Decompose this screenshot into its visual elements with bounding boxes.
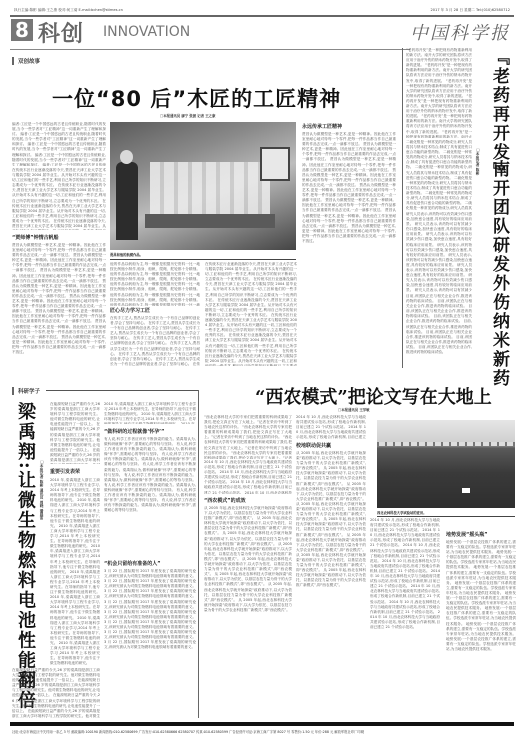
article1-body-p2: 在传统木匠行业逐渐没落的今天,贾昌在天津工业大学艺术与服装学院 2004 届毕业… <box>12 168 106 230</box>
article3-byline: □本报记者 陈彬 通讯员 周晓 潘晨雷 <box>40 460 45 519</box>
footer-bar <box>10 722 514 726</box>
article3-body-p1: 在能源短缺日益严重的今天,26 岁的梁禹翔是浙江工商大学环境科学与工程学院的研究… <box>50 402 100 464</box>
page-number: 8 <box>11 19 33 41</box>
article2-body-p3: 研究人员表示,该药物可以有效减少伤口感染,加快愈合速度,具有较好的临床应用前景。… <box>406 212 472 292</box>
article1-photo <box>110 122 296 250</box>
article1-byline: □本报通讯员 廖宁 张振 记者 王之康 <box>160 113 215 118</box>
caption-rule-2 <box>377 516 515 517</box>
article4-body-p2: 2014 年 10 月,西北农林科技大学与当地政府共建试验示范站,形成了校地合作… <box>204 460 292 494</box>
column-label-keyan: 科研学子 <box>12 387 40 395</box>
article1-body-p3: 贾昌认为做模型是一种艺术,更是一种精神。因此他在工作室里耐心地对待每一个零件,把… <box>12 243 106 361</box>
article3-subhead-1: “做科研的过程就像‘怀孕’” <box>104 428 164 435</box>
editor-credits: 执行主编:陈彬 编辑:王之康 校对:何工菊 E-mail:bchen@stime… <box>14 8 123 13</box>
footer-publisher-info: 社址:北京市海淀区中关村南一条乙 3 号 邮政编码:100190 新闻热线:01… <box>12 729 512 734</box>
article4-photo-caption: 西北农林科技大学试验站的麦田。 <box>377 510 426 515</box>
caption-rule <box>110 259 296 260</box>
article3-headline: 梁禹翔:让微生物燃料电池性能翻倍 <box>14 402 36 711</box>
photo-fence <box>377 442 515 446</box>
article4-body-p1: “西北农林科技大学的专家们把着重要的科研成果给了我们,把论文真正写在了大地上。”… <box>204 415 292 459</box>
article4-subhead-2: 校地联动促共赢 <box>296 442 331 449</box>
column-divider <box>402 48 403 368</box>
article4-photo <box>377 420 515 508</box>
article1-subhead-1: “贾师傅”钟情古帆船 <box>12 234 59 241</box>
photo-person-head <box>120 150 133 164</box>
article3-body-p3: 在能源短缺日益严重的今天,26 岁的梁禹翔是浙江工商大学环境科学与工程学院的研究… <box>12 668 100 718</box>
article2-body-p1: “老药再开发”是一种把现有药物重新利用的新方法。南开大学的研究团队将该方法应用于… <box>406 48 472 138</box>
date-line: 2017 年 3 月 28 日 星期二 Tel:(010)62580712 <box>430 8 510 13</box>
photo-sign <box>462 488 470 493</box>
article4-body-p6: 2014 年 10 月,西北农林科技大学与当地政府共建试验示范站,形成了校地合作… <box>370 518 440 718</box>
article4-body-p5: 从 2005 年起,西北农林科技大学就开始探索“政府推动下,以大学为依托、以基层… <box>296 451 366 718</box>
article3-body-p6: 3 月 22 日,国际期刊 2017 年度发表了梁禹翔的研究论文,该研究被认为对… <box>104 569 196 719</box>
article4-body-p3: 从 2005 年起,西北农林科技大学就开始探索“政府推动下,以大学为依托、以基层… <box>204 506 292 718</box>
article1-headline: 一位“80 后”木匠的工匠精神 <box>52 83 341 113</box>
article3-body-p2: 2010 年,梁禹翔进入浙江工商大学环境科学与工程专业学习,2014 年考上本校… <box>50 478 100 668</box>
article3-body-p4: 2010 年,梁禹翔进入浙江工商大学环境科学与工程专业学习,2014 年考上本校… <box>104 402 196 424</box>
section-rule <box>10 49 410 50</box>
article3-subhead-3: 重要引发表荣 <box>50 468 80 475</box>
section-title-cn: 科创 <box>38 17 84 48</box>
article1-body-p6: 在传统木匠行业逐渐没落的今天,贾昌在天津工业大学艺术与服装学院 2004 届毕业… <box>205 262 297 366</box>
photo-ship-sails <box>150 162 270 217</box>
article2-body-p2: 二硫化钼是一种常见的药物成分,研究人员将其与纳米技术结合,制成了具有促进伤口愈合… <box>406 140 472 210</box>
article4-byline: □本报通讯员 王学敏 <box>338 407 370 412</box>
article1-body-p1: 编者:工匠是一个中国悠远的古老且传统职业,随着时代的发展,当今一些学者对“工匠精… <box>12 122 106 166</box>
article4-subhead-1: “西农模式”的成效 <box>204 497 246 504</box>
photo-window <box>260 147 290 181</box>
newspaper-masthead: 中国科学报 <box>410 19 510 45</box>
article1-subhead-3: 永远传承工匠精神 <box>302 123 342 130</box>
article1-subhead-2: 匠心尽力学习工匠 <box>110 307 150 314</box>
article2-byline: □本报记者 陈彬 <box>476 148 481 175</box>
article4-subhead-3: 地势发展“摇头瓶” <box>446 531 488 538</box>
article2-headline-part2: 南开团队研发外伤纳米新药 <box>488 160 510 388</box>
article4-body-p4: 2014 年 10 月,西北农林科技大学与当地政府共建试验示范站,形成了校地合作… <box>296 415 366 439</box>
article1-photo-caption: 贾昌和他的航模作品。 <box>110 252 143 257</box>
column-divider-bottom <box>198 390 199 718</box>
article3-body-p5: 有人说,科学工作者应该有不断探索的毅力。梁禹翔认为,做科研就像“怀孕”,需要耐心… <box>104 437 196 555</box>
article4-headline: “西农模式”把论文写在大地上 <box>255 383 492 409</box>
column-label-shuangchuang: 双创故事 <box>12 57 40 65</box>
section-title-en: INNOVATION <box>103 24 190 40</box>
header-rule <box>10 15 514 17</box>
article4-body-p7: 地势发展:一个基层农技推广体系的建立,需要有一支稳定的队伍。学校选派专家常年驻站… <box>446 540 516 718</box>
article1-body-p4: 他的作品以帆船为主,每一艘都是根据历史资料一比一地按比例缩小制作,船身、船帆、缆… <box>110 262 200 306</box>
article2-body-p4: 目前,该团队正在与相关企业合作,推进该药物的临床试验。 目前,该团队正在与相关企… <box>406 294 472 366</box>
photo-ship-hull <box>145 214 275 228</box>
article1-body-col3: 贾昌认为做模型是一种艺术,更是一种精神。因此他在工作室里耐心地对待每一个零件,把… <box>302 132 396 366</box>
keyan-rule <box>46 390 198 391</box>
photo-person <box>116 162 138 240</box>
article3-subhead-2: “机会只留给有准备的人” <box>104 560 161 567</box>
article1-body-p5: 在传手工艺人,贾昌从学生成长为一个有自己品牌的创业者,学会了坚持与耐心。 在传手… <box>110 316 200 366</box>
